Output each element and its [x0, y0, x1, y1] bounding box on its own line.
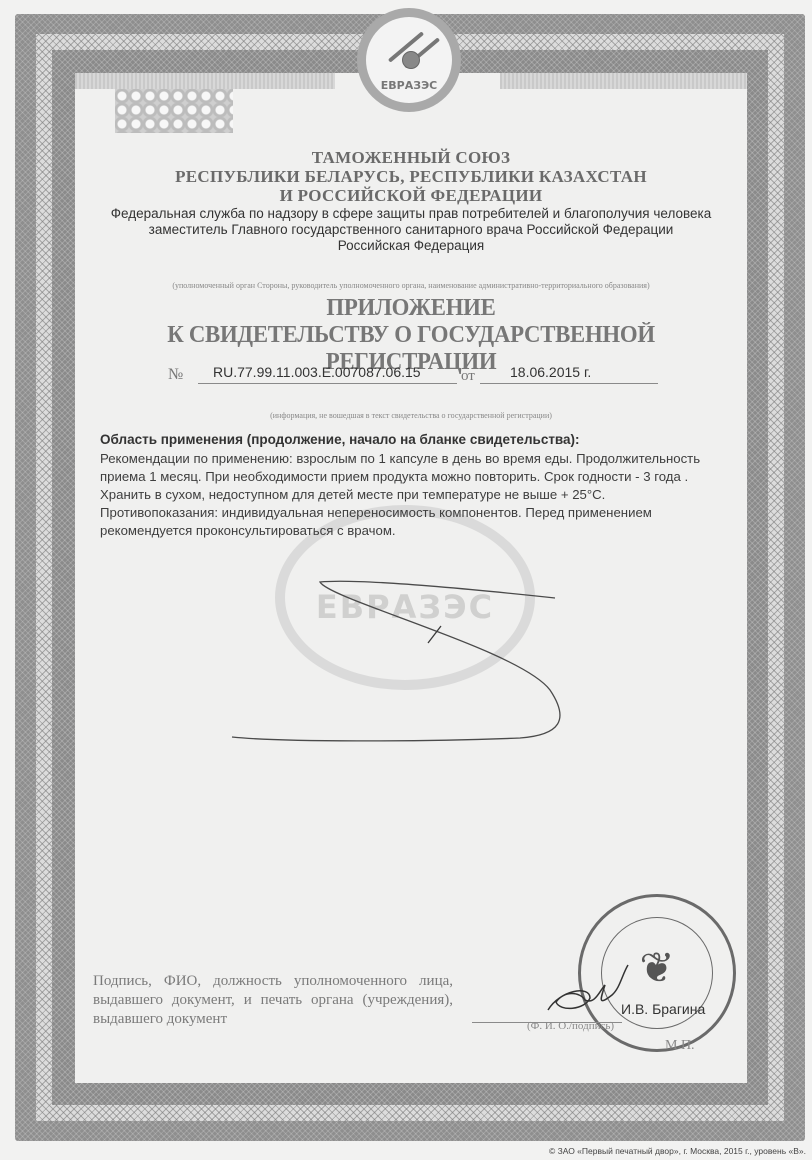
- handwritten-signature: [0, 0, 812, 1160]
- printer-footer: © ЗАО «Первый печатный двор», г. Москва,…: [549, 1146, 806, 1156]
- signer-name: И.В. Брагина: [621, 1001, 705, 1017]
- seal-mark: М.П.: [665, 1038, 695, 1054]
- signer-caption: (Ф. И. О./подпись): [527, 1020, 614, 1032]
